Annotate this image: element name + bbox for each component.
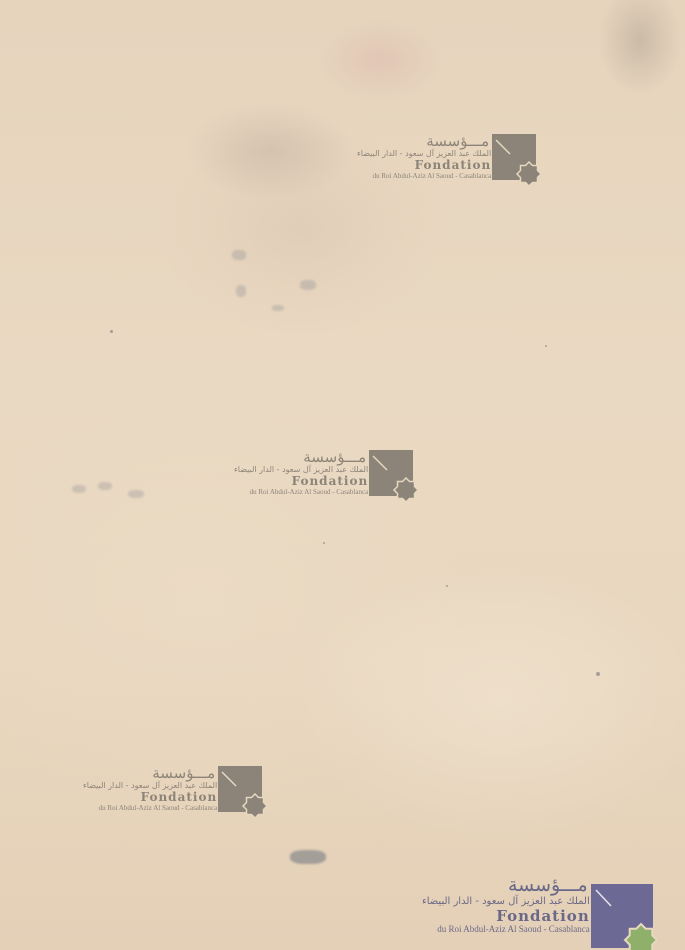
logo-text-block: مـــؤسسة الملك عبد العزيز آل سعود - الدا…	[83, 766, 217, 813]
logo-arabic-title: مـــؤسسة	[303, 450, 366, 465]
ink-smudge	[98, 482, 112, 490]
logo-french-title: Fondation	[141, 791, 218, 804]
logo-arabic-title: مـــؤسسة	[508, 876, 588, 895]
logo-french-title: Fondation	[496, 908, 590, 924]
logo-french-subtitle: du Roi Abdul-Aziz Al Saoud - Casablanca	[437, 924, 589, 935]
foundation-color-logo: مـــؤسسة الملك عبد العزيز آل سعود - الدا…	[422, 876, 657, 950]
logo-text-block: مـــؤسسة الملك عبد العزيز آل سعود - الدا…	[422, 876, 590, 935]
foundation-star-square-icon	[218, 766, 268, 818]
dot-spot	[545, 345, 547, 347]
logo-text-block: مـــؤسسة الملك عبد العزيز آل سعود - الدا…	[357, 134, 491, 181]
logo-arabic-title: مـــؤسسة	[152, 766, 215, 781]
foundation-watermark-logo: مـــؤسسة الملك عبد العزيز آل سعود - الدا…	[83, 766, 268, 818]
logo-french-subtitle: du Roi Abdul-Aziz Al Saoud - Casablanca	[250, 488, 369, 497]
dot-spot	[446, 585, 448, 587]
foundation-star-square-icon	[492, 134, 542, 186]
ink-smudge	[236, 285, 246, 297]
ink-smudge	[128, 490, 144, 498]
logo-arabic-title: مـــؤسسة	[426, 134, 489, 149]
foundation-star-square-icon	[591, 876, 657, 950]
paper-page: مـــؤسسة الملك عبد العزيز آل سعود - الدا…	[0, 0, 685, 950]
logo-french-title: Fondation	[292, 475, 369, 488]
logo-french-title: Fondation	[415, 159, 492, 172]
logo-text-block: مـــؤسسة الملك عبد العزيز آل سعود - الدا…	[234, 450, 368, 497]
ink-smudge	[272, 305, 284, 311]
dot-spot	[323, 542, 325, 544]
logo-french-subtitle: du Roi Abdul-Aziz Al Saoud - Casablanca	[99, 804, 218, 813]
dot-spot	[110, 330, 113, 333]
ink-smudge	[72, 485, 86, 493]
ink-smudge	[300, 280, 316, 290]
foundation-star-square-icon	[369, 450, 419, 502]
foundation-watermark-logo: مـــؤسسة الملك عبد العزيز آل سعود - الدا…	[357, 134, 542, 186]
dot-spot	[596, 672, 600, 676]
logo-french-subtitle: du Roi Abdul-Aziz Al Saoud - Casablanca	[373, 172, 492, 181]
ink-smudge	[232, 250, 246, 260]
ink-smudge	[290, 850, 326, 864]
foundation-watermark-logo: مـــؤسسة الملك عبد العزيز آل سعود - الدا…	[234, 450, 419, 502]
